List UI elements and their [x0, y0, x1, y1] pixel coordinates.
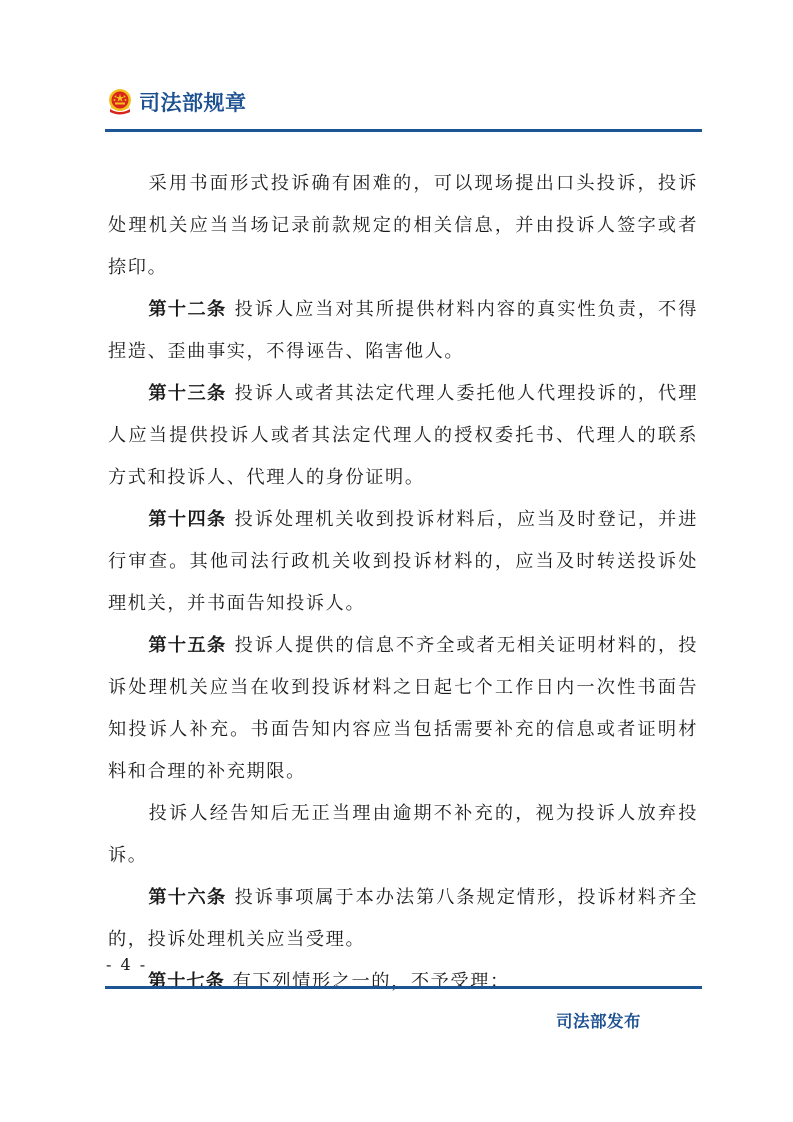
- article-heading: 第十四条: [148, 509, 227, 530]
- page-header: 司法部规章: [105, 84, 247, 120]
- article-text: 投诉人提供的信息不齐全或者无相关证明材料的，投诉处理机关应当在收到投诉材料之日起…: [108, 635, 698, 782]
- paragraph: 投诉人经告知后无正当理由逾期不补充的，视为投诉人放弃投诉。: [108, 793, 698, 877]
- footer-publisher: 司法部发布: [556, 1008, 641, 1032]
- article-15: 第十五条投诉人提供的信息不齐全或者无相关证明材料的，投诉处理机关应当在收到投诉材…: [108, 625, 698, 793]
- article-14: 第十四条投诉处理机关收到投诉材料后，应当及时登记，并进行审查。其他司法行政机关收…: [108, 499, 698, 625]
- header-title: 司法部规章: [139, 87, 247, 117]
- article-heading: 第十六条: [148, 887, 227, 908]
- article-heading: 第十二条: [148, 299, 227, 320]
- article-17: 第十七条有下列情形之一的，不予受理：: [108, 961, 698, 1003]
- article-heading: 第十五条: [148, 635, 227, 656]
- paragraph-text: 投诉人经告知后无正当理由逾期不补充的，视为投诉人放弃投诉。: [108, 803, 698, 866]
- article-12: 第十二条投诉人应当对其所提供材料内容的真实性负责，不得捏造、歪曲事实，不得诬告、…: [108, 289, 698, 373]
- article-heading: 第十三条: [148, 383, 227, 404]
- national-emblem-icon: [105, 87, 135, 117]
- page-number: - 4 -: [106, 955, 147, 974]
- article-16: 第十六条投诉事项属于本办法第八条规定情形，投诉材料齐全的，投诉处理机关应当受理。: [108, 877, 698, 961]
- article-13: 第十三条投诉人或者其法定代理人委托他人代理投诉的，代理人应当提供投诉人或者其法定…: [108, 373, 698, 499]
- document-body: 采用书面形式投诉确有困难的，可以现场提出口头投诉，投诉处理机关应当当场记录前款规…: [108, 163, 698, 1003]
- paragraph: 采用书面形式投诉确有困难的，可以现场提出口头投诉，投诉处理机关应当当场记录前款规…: [108, 163, 698, 289]
- footer-divider: [105, 986, 702, 989]
- paragraph-text: 采用书面形式投诉确有困难的，可以现场提出口头投诉，投诉处理机关应当当场记录前款规…: [108, 173, 698, 278]
- header-divider: [105, 129, 702, 132]
